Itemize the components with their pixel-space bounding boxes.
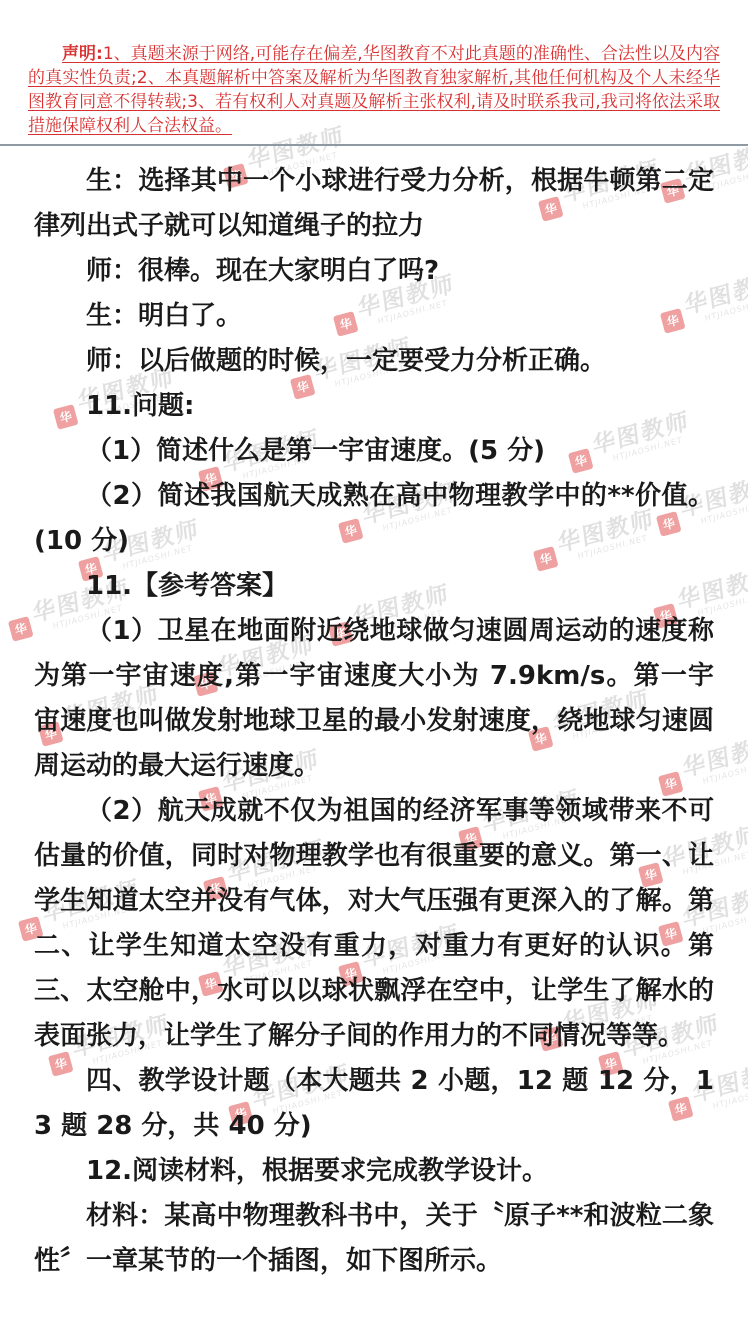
question-11-heading: 11.问题: — [34, 384, 714, 429]
dialog-student-understood: 生：明白了。 — [34, 294, 714, 339]
dialog-teacher-praise: 师：很棒。现在大家明白了吗? — [34, 249, 714, 294]
document-page: 声明:1、真题来源于网络,可能存在偏差,华图教育不对此真题的准确性、合法性以及内… — [0, 0, 748, 1284]
answer-11-part-1: （1）卫星在地面附近绕地球做匀速圆周运动的速度称为第一宇宙速度,第一宇宙速度大小… — [34, 609, 714, 789]
document-body: 生：选择其中一个小球进行受力分析，根据牛顿第二定律列出式子就可以知道绳子的拉力 … — [0, 154, 748, 1284]
disclaimer: 声明:1、真题来源于网络,可能存在偏差,华图教育不对此真题的准确性、合法性以及内… — [0, 0, 748, 138]
disclaimer-text: 1、真题来源于网络,可能存在偏差,华图教育不对此真题的准确性、合法性以及内容的真… — [28, 44, 720, 136]
question-12-intro: 12.阅读材料，根据要求完成教学设计。 — [34, 1149, 714, 1194]
dialog-teacher-reminder: 师：以后做题的时候，一定要受力分析正确。 — [34, 339, 714, 384]
dialog-student-force-analysis: 生：选择其中一个小球进行受力分析，根据牛顿第二定律列出式子就可以知道绳子的拉力 — [34, 159, 714, 249]
answer-11-heading: 11.【参考答案】 — [34, 564, 714, 609]
question-11-part-2: （2）简述我国航天成熟在高中物理教学中的**价值。(10 分) — [34, 474, 714, 564]
disclaimer-label: 声明: — [62, 44, 103, 64]
question-12-material: 材料：某高中物理教科书中，关于〝原子**和波粒二象性〞一章某节的一个插图，如下图… — [34, 1194, 714, 1284]
question-11-part-1: （1）简述什么是第一宇宙速度。(5 分) — [34, 429, 714, 474]
section-4-heading: 四、教学设计题（本大题共 2 小题，12 题 12 分，13 题 28 分，共 … — [34, 1059, 714, 1149]
answer-11-part-2: （2）航天成就不仅为祖国的经济军事等领域带来不可估量的价值，同时对物理教学也有很… — [34, 789, 714, 1059]
header-separator-line — [0, 144, 748, 146]
